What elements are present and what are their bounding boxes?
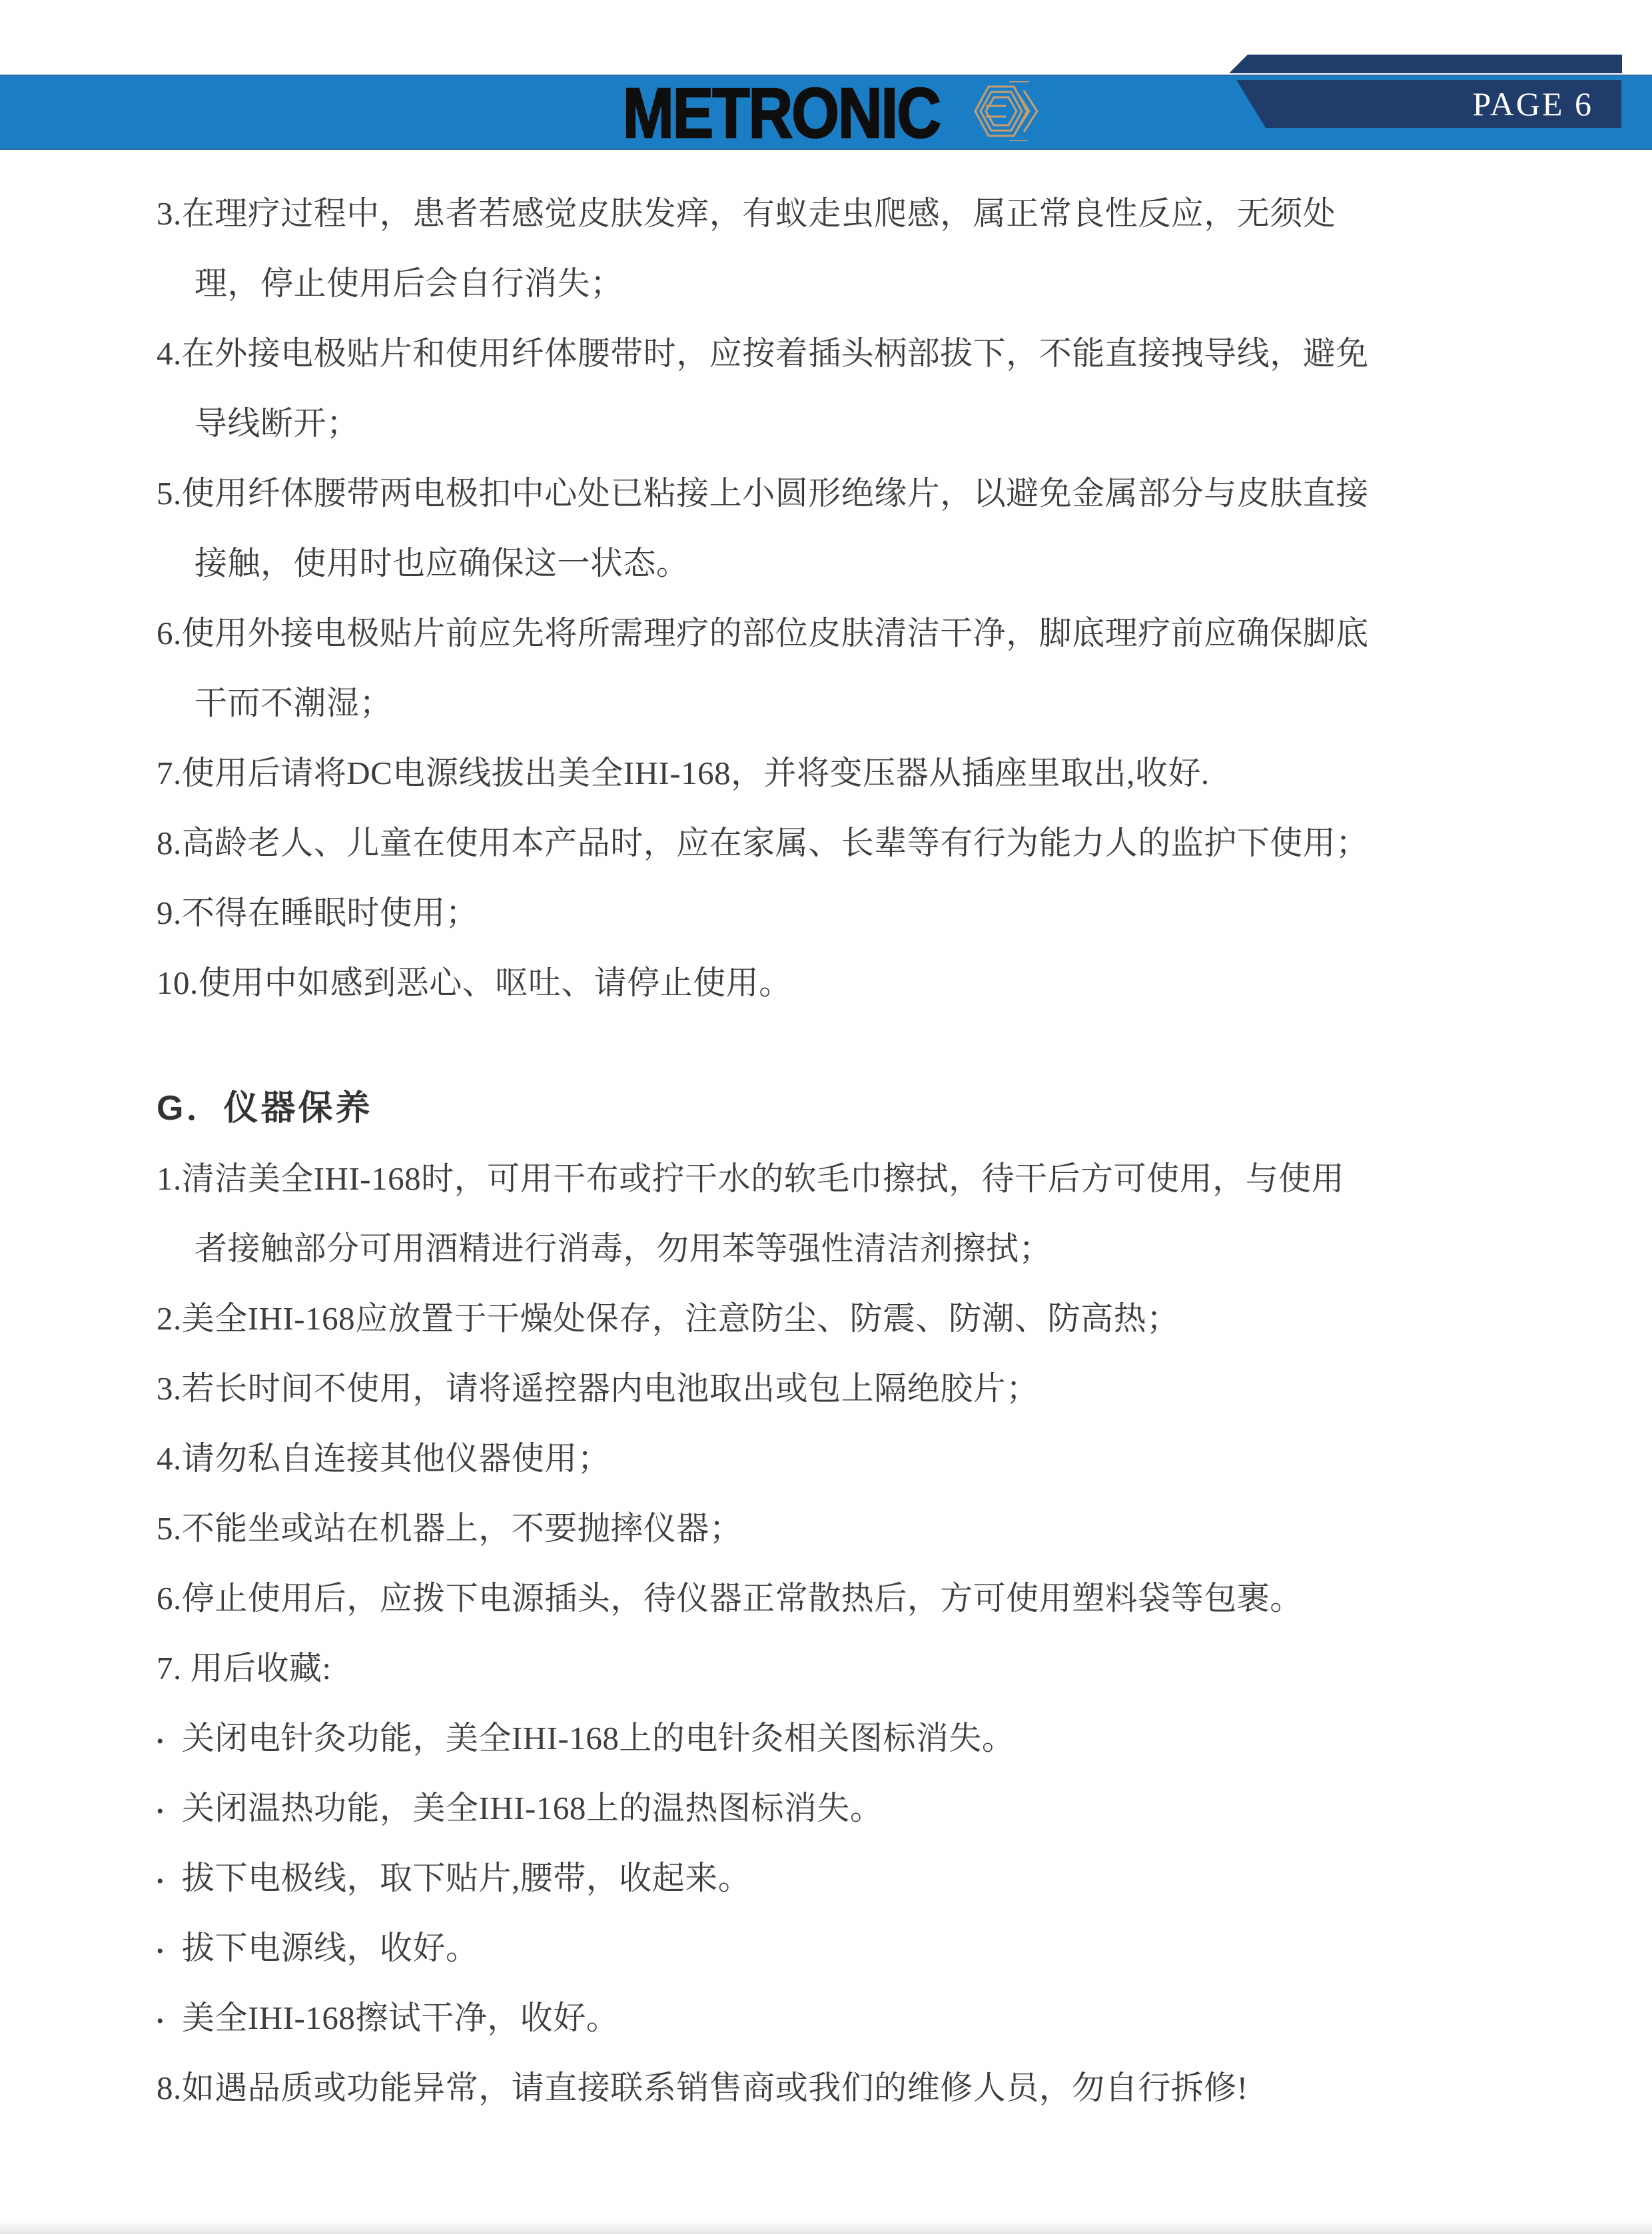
document-line: 导线断开；	[157, 388, 1529, 458]
document-line: 7. 用后收藏:	[157, 1633, 1529, 1703]
document-line: 3.若长时间不使用，请将遥控器内电池取出或包上隔绝胶片；	[157, 1353, 1529, 1423]
document-line: 者接触部分可用酒精进行消毒，勿用苯等强性清洁剂擦拭；	[157, 1214, 1529, 1284]
bullet-text: 拔下电极线，取下贴片,腰带，收起来。	[182, 1860, 751, 1896]
document-line: 8.高龄老人、儿童在使用本产品时，应在家属、长辈等有行为能力人的监护下使用；	[157, 808, 1529, 878]
document-line: 6.停止使用后，应拨下电源插头，待仪器正常散热后，方可使用塑料袋等包裹。	[157, 1563, 1529, 1633]
bullet-icon: •	[157, 1986, 182, 2056]
document-line: 接触，使用时也应确保这一状态。	[157, 528, 1529, 598]
bullet-icon: •	[157, 1846, 182, 1916]
bullet-icon: •	[157, 1706, 182, 1776]
document-line: 理，停止使用后会自行消失；	[157, 248, 1529, 318]
document-line: 4.在外接电极贴片和使用纤体腰带时，应按着插头柄部拔下，不能直接拽导线，避免	[157, 318, 1529, 388]
document-line: 4.请勿私自连接其他仪器使用；	[157, 1423, 1529, 1493]
document-line: 10.使用中如感到恶心、呕吐、请停止使用。	[157, 948, 1529, 1018]
document-line: •关闭温热功能，美全IHI-168上的温热图标消失。	[157, 1773, 1529, 1843]
document-line: 6.使用外接电极贴片前应先将所需理疗的部位皮肤清洁干净，脚底理疗前应确保脚底	[157, 598, 1529, 668]
document-line: 1.清洁美全IHI-168时，可用干布或拧干水的软毛巾擦拭，待干后方可使用，与使…	[157, 1144, 1529, 1214]
document-line: 3.在理疗过程中，患者若感觉皮肤发痒，有蚁走虫爬感，属正常良性反应，无须处	[157, 179, 1529, 248]
bullet-text: 关闭电针灸功能，美全IHI-168上的电针灸相关图标消失。	[182, 1720, 1015, 1756]
document-line: •拔下电极线，取下贴片,腰带，收起来。	[157, 1843, 1529, 1913]
document-line: 5.使用纤体腰带两电极扣中心处已粘接上小圆形绝缘片，以避免金属部分与皮肤直接	[157, 458, 1529, 528]
brand-logo-text: METRONIC	[623, 78, 940, 149]
bullet-text: 拔下电源线，收好。	[182, 1930, 479, 1966]
bullet-text: 美全IHI-168擦试干净，收好。	[182, 2000, 619, 2036]
page-ribbon-strip	[1229, 55, 1622, 73]
document-body: 3.在理疗过程中，患者若感觉皮肤发痒，有蚁走虫爬感，属正常良性反应，无须处 理，…	[157, 179, 1529, 2123]
document-line: 2.美全IHI-168应放置于干燥处保存，注意防尘、防震、防潮、防高热；	[157, 1284, 1529, 1353]
bullet-text: 关闭温热功能，美全IHI-168上的温热图标消失。	[182, 1790, 883, 1826]
section-heading: G．仪器保养	[157, 1074, 1529, 1144]
page: METRONIC PAGE 6 3.在理疗过程中，患者若感觉皮肤发痒，有蚁走虫爬…	[0, 0, 1652, 2234]
page-number-label: PAGE 6	[1473, 85, 1593, 123]
bullet-icon: •	[157, 1776, 182, 1846]
document-line: 9.不得在睡眠时使用；	[157, 878, 1529, 948]
document-line: •关闭电针灸功能，美全IHI-168上的电针灸相关图标消失。	[157, 1703, 1529, 1773]
page-number-ribbon: PAGE 6	[1236, 80, 1621, 128]
brand-logo-icon	[969, 81, 1044, 141]
document-line: 7.使用后请将DC电源线拔出美全IHI-168，并将变压器从插座里取出,收好.	[157, 738, 1529, 808]
document-line: •美全IHI-168擦试干净，收好。	[157, 1983, 1529, 2053]
document-line: 8.如遇品质或功能异常，请直接联系销售商或我们的维修人员，勿自行拆修!	[157, 2053, 1529, 2123]
document-line: 干而不潮湿；	[157, 668, 1529, 738]
document-line: 5.不能坐或站在机器上，不要抛摔仪器；	[157, 1493, 1529, 1563]
bullet-icon: •	[157, 1916, 182, 1986]
document-line: •拔下电源线，收好。	[157, 1913, 1529, 1983]
